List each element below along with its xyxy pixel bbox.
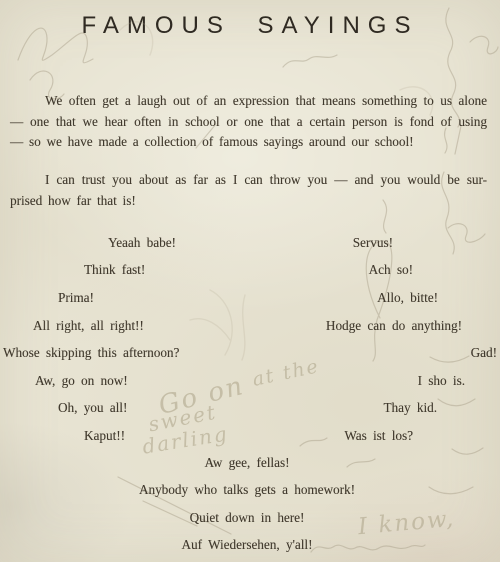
saying-right: Hodge can do anything! bbox=[326, 318, 462, 334]
sayings-row: Whose skipping this afternoon? Gad! bbox=[0, 339, 500, 367]
saying-left: Aw, go on now! bbox=[35, 373, 128, 389]
saying-right: Was ist los? bbox=[344, 428, 413, 444]
sayings-row: All right, all right!! Hodge can do anyt… bbox=[0, 312, 500, 340]
saying-left: Yeaah babe! bbox=[108, 235, 176, 251]
page-title: FAMOUS SAYINGS bbox=[0, 0, 500, 40]
center-saying: Anybody who talks gets a homework! bbox=[0, 476, 494, 503]
saying-right: Gad! bbox=[471, 345, 497, 361]
intro-line-1: We often get a laugh out of an expressio… bbox=[10, 91, 487, 112]
saying-left: Prima! bbox=[58, 290, 94, 306]
saying-right: Ach so! bbox=[369, 262, 413, 278]
saying-left: Think fast! bbox=[84, 262, 145, 278]
saying-left: All right, all right!! bbox=[33, 318, 144, 334]
sayings-row: Think fast! Ach so! bbox=[0, 257, 500, 285]
sayings-row: Oh, you all! Thay kid. bbox=[0, 395, 500, 423]
saying-right: I sho is. bbox=[418, 373, 465, 389]
sayings-list: Yeaah babe! Servus! Think fast! Ach so! … bbox=[0, 229, 500, 450]
trust-line-2: prised how far that is! bbox=[10, 191, 487, 212]
sayings-row: Yeaah babe! Servus! bbox=[0, 229, 500, 257]
saying-left: Whose skipping this afternoon? bbox=[3, 345, 179, 361]
trust-line-1: I can trust you about as far as I can th… bbox=[10, 170, 487, 191]
sayings-row: Prima! Allo, bitte! bbox=[0, 284, 500, 312]
intro-line-2: — one that we hear often in school or on… bbox=[10, 112, 487, 133]
sayings-row: Kaput!! Was ist los? bbox=[0, 422, 500, 450]
saying-right: Thay kid. bbox=[383, 400, 437, 416]
saying-left: Kaput!! bbox=[84, 428, 125, 444]
center-sayings: Aw gee, fellas! Anybody who talks gets a… bbox=[0, 449, 494, 559]
center-saying: Aw gee, fellas! bbox=[0, 449, 494, 476]
intro-paragraph: We often get a laugh out of an expressio… bbox=[10, 91, 487, 153]
yearbook-page: FAMOUS SAYINGS bbox=[0, 0, 500, 562]
saying-right: Allo, bitte! bbox=[377, 290, 438, 306]
center-saying: Auf Wiedersehen, y'all! bbox=[0, 531, 494, 558]
trust-paragraph: I can trust you about as far as I can th… bbox=[10, 170, 487, 211]
intro-line-3: — so we have made a collection of famous… bbox=[10, 132, 487, 153]
saying-right: Servus! bbox=[353, 235, 393, 251]
saying-left: Oh, you all! bbox=[58, 400, 127, 416]
